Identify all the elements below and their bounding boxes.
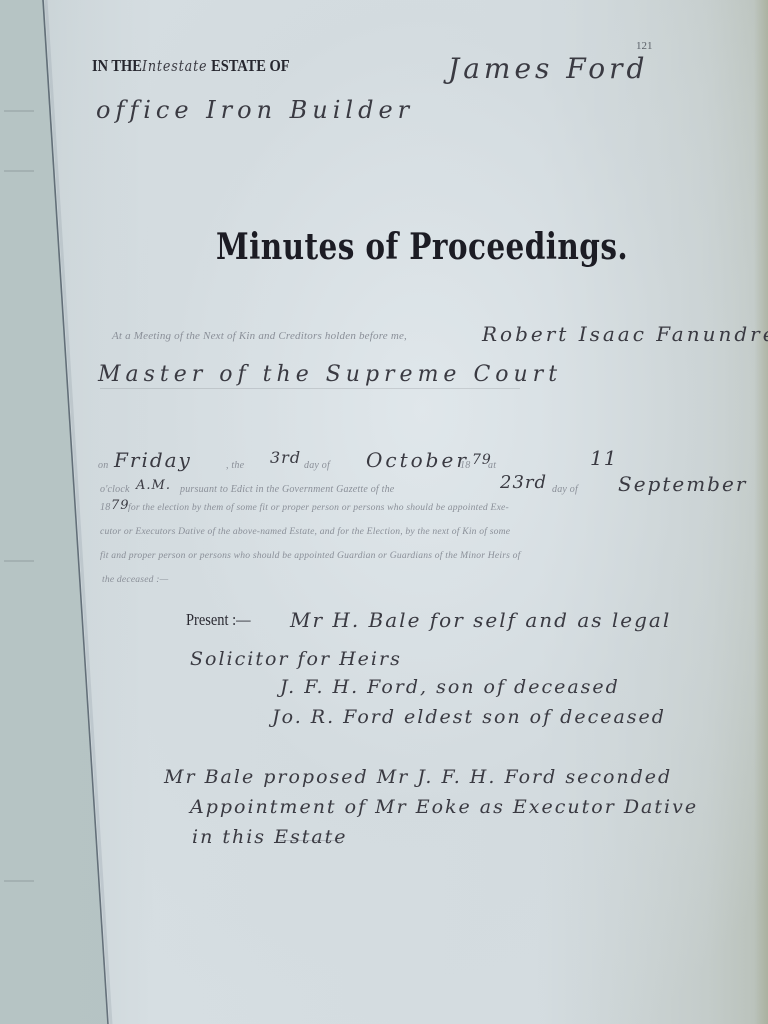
election-text-line: for the election by them of some fit or … (128, 502, 509, 513)
present-line: Solicitor for Heirs (190, 648, 402, 670)
page-title: Minutes of Proceedings. (216, 226, 628, 268)
deceased-name: James Ford (448, 52, 648, 85)
page-number: 121 (636, 40, 653, 52)
ledger-page: 121 IN THEIntestate ESTATE OF James Ford… (0, 0, 768, 1024)
bleed-through-mark (4, 560, 34, 562)
the-label: , the (226, 460, 244, 471)
heading-middle: ESTATE OF (211, 56, 290, 75)
meeting-weekday: Friday (114, 448, 192, 472)
year-prefix: 18 (460, 460, 470, 471)
day-of-label: day of (304, 460, 330, 471)
resolution-line: in this Estate (192, 826, 348, 848)
election-text-line: fit and proper person or persons who sho… (100, 550, 521, 561)
bleed-through-mark (4, 110, 34, 112)
resolution-line: Appointment of Mr Eoke as Executor Dativ… (190, 796, 698, 818)
resolution-line: Mr Bale proposed Mr J. F. H. Ford second… (164, 766, 672, 788)
election-text-line: the deceased :— (102, 574, 168, 585)
meeting-meridiem: A.M. (136, 478, 171, 493)
page-edge-shadow (754, 0, 768, 1024)
estate-heading: IN THEIntestate ESTATE OF (92, 56, 290, 76)
bleed-through-mark (4, 170, 34, 172)
official-title: Master of the Supreme Court (98, 362, 562, 387)
on-label: on (98, 460, 108, 471)
fill-line (100, 388, 520, 389)
estate-type: Intestate (142, 57, 208, 75)
bleed-through-mark (4, 880, 34, 882)
oclock-label: o'clock (100, 484, 130, 495)
gazette-year-suffix: 79 (111, 498, 130, 513)
meeting-day: 3rd (270, 448, 301, 467)
pursuant-text: pursuant to Edict in the Government Gaze… (180, 484, 394, 495)
meeting-intro: At a Meeting of the Next of Kin and Cred… (112, 330, 407, 342)
heading-prefix: IN THE (92, 56, 142, 75)
present-line: J. F. H. Ford, son of deceased (280, 676, 620, 698)
present-line: Mr H. Bale for self and as legal (290, 608, 671, 632)
gazette-year-prefix: 18 (100, 502, 110, 513)
gazette-day-of-label: day of (552, 484, 578, 495)
present-label: Present :— (186, 610, 251, 630)
meeting-month: October (366, 448, 469, 472)
underline-stroke (280, 840, 340, 841)
official-name: Robert Isaac Fanundrewe (482, 322, 768, 346)
gazette-month: September (618, 472, 747, 496)
at-label: at (488, 460, 496, 471)
deceased-occupation: office Iron Builder (96, 96, 414, 124)
meeting-hour: 11 (590, 446, 617, 470)
election-text-line: cutor or Executors Dative of the above-n… (100, 526, 510, 537)
gazette-day: 23rd (500, 472, 547, 493)
present-line: Jo. R. Ford eldest son of deceased (272, 706, 666, 728)
